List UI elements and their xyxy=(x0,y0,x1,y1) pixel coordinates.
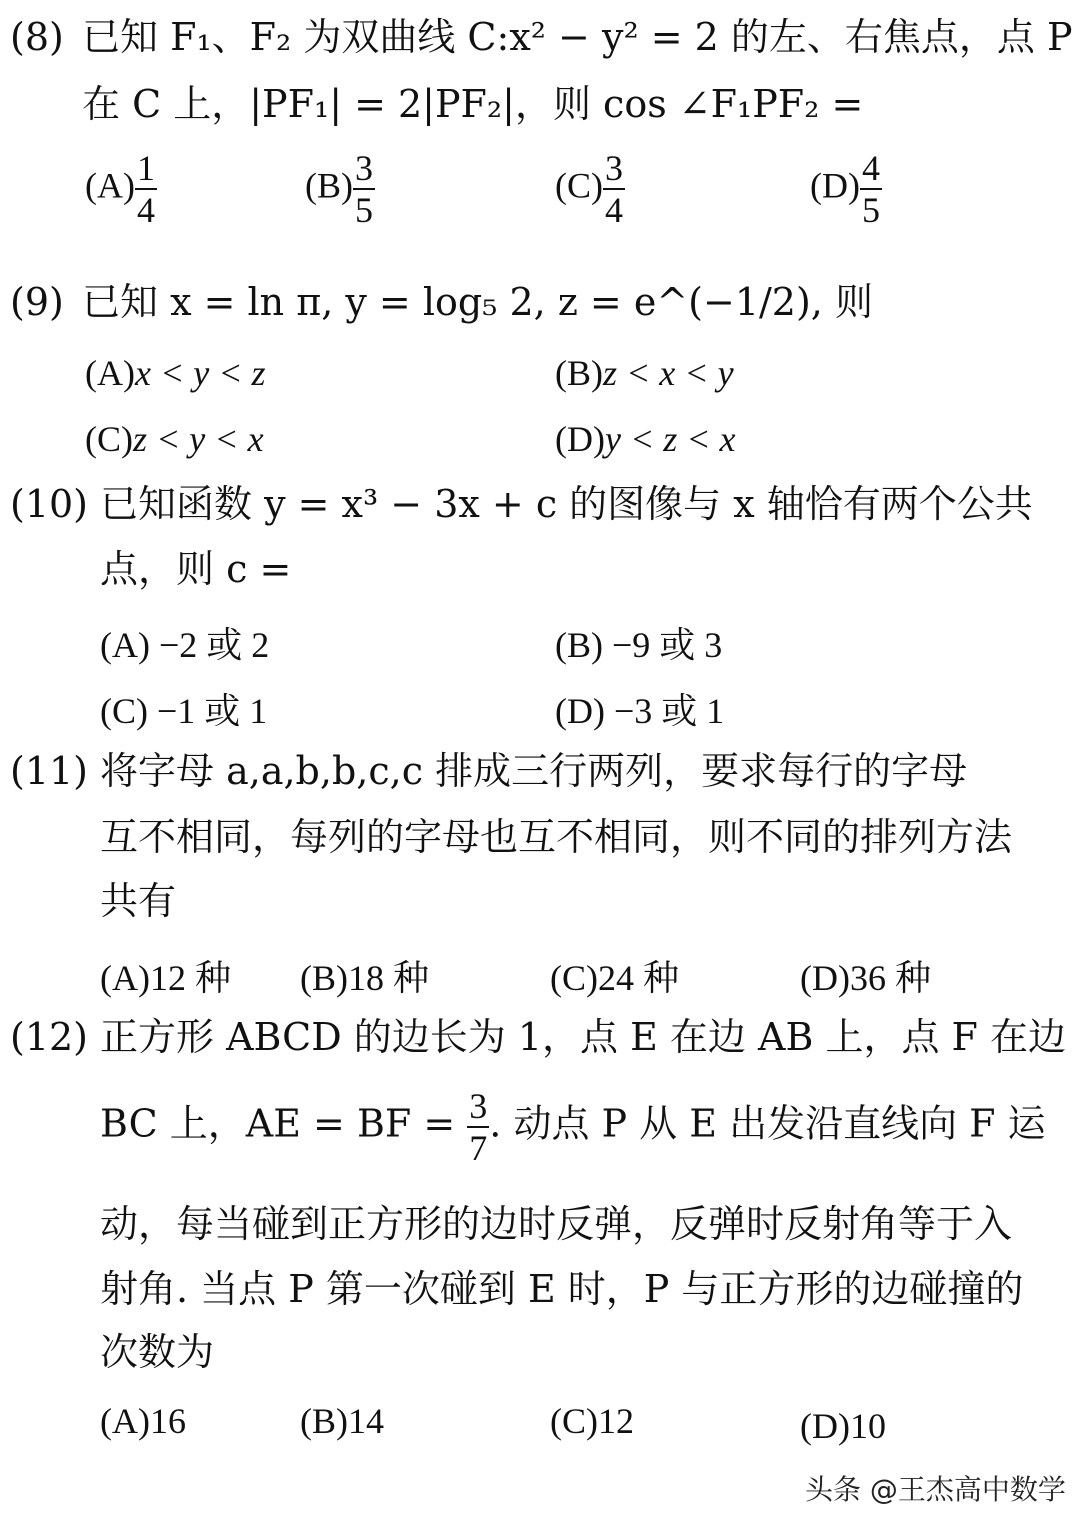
q11-option-b: (B)18 种 xyxy=(300,950,429,1001)
q12-option-a: (A)16 xyxy=(100,1400,186,1442)
q8-option-d: (D)45 xyxy=(810,150,882,228)
q12-option-c: (C)12 xyxy=(550,1400,634,1442)
q10-stem-line2: 点，则 c = xyxy=(100,550,291,588)
q10-option-c: (C) −1 或 1 xyxy=(100,683,267,734)
q10-option-a: (A) −2 或 2 xyxy=(100,617,269,668)
q9-option-a: (A)x < y < z xyxy=(85,352,266,394)
q12-stem-line4: 射角. 当点 P 第一次碰到 E 时，P 与正方形的边碰撞的 xyxy=(100,1270,1023,1308)
q9-stem: 已知 x = ln π, y = log₅ 2, z = e^(−1/2), 则 xyxy=(82,283,873,321)
q11-number: (11) xyxy=(10,752,88,790)
q8-stem-line1: (8) xyxy=(10,18,64,56)
q11-stem-line2: 互不相同，每列的字母也互不相同，则不同的排列方法 xyxy=(100,818,1012,856)
q11-stem-line1: 将字母 a,a,b,b,c,c 排成三行两列，要求每行的字母 xyxy=(100,752,967,790)
q8-option-c: (C)34 xyxy=(555,150,625,228)
q11-option-c: (C)24 种 xyxy=(550,950,679,1001)
q9-option-b: (B)z < x < y xyxy=(555,352,734,394)
q8-stem-line2: 在 C 上，|PF₁| = 2|PF₂|，则 cos ∠F₁PF₂ = xyxy=(82,85,863,123)
q9-option-c: (C)z < y < x xyxy=(85,418,264,460)
q8-option-b: (B)35 xyxy=(305,150,375,228)
q10-number: (10) xyxy=(10,485,88,523)
watermark: 头条 @王杰高中数学 xyxy=(805,1468,1066,1508)
q12-option-d: (D)10 xyxy=(800,1405,886,1447)
q9-number: (9) xyxy=(10,283,64,321)
q10-stem-line1: 已知函数 y = x³ − 3x + c 的图像与 x 轴恰有两个公共 xyxy=(100,485,1033,523)
q9-option-d: (D)y < z < x xyxy=(555,418,736,460)
q12-number: (12) xyxy=(10,1018,88,1056)
q8-stem-line1-text: 已知 F₁、F₂ 为双曲线 C:x² − y² = 2 的左、右焦点，点 P xyxy=(82,18,1073,56)
q10-option-d: (D) −3 或 1 xyxy=(555,683,724,734)
q12-stem-line1: 正方形 ABCD 的边长为 1，点 E 在边 AB 上，点 F 在边 xyxy=(100,1018,1066,1056)
q12-stem-line2: BC 上，AE = BF = 37. 动点 P 从 E 出发沿直线向 F 运 xyxy=(100,1088,1046,1166)
q11-option-d: (D)36 种 xyxy=(800,950,931,1001)
q10-option-b: (B) −9 或 3 xyxy=(555,617,722,668)
q8-option-a: (A)14 xyxy=(85,150,157,228)
q12-option-b: (B)14 xyxy=(300,1400,384,1442)
q12-stem-line5: 次数为 xyxy=(100,1333,214,1371)
q11-stem-line3: 共有 xyxy=(100,882,176,920)
q12-stem-line3: 动，每当碰到正方形的边时反弹，反弹时反射角等于入 xyxy=(100,1205,1012,1243)
q11-option-a: (A)12 种 xyxy=(100,950,231,1001)
